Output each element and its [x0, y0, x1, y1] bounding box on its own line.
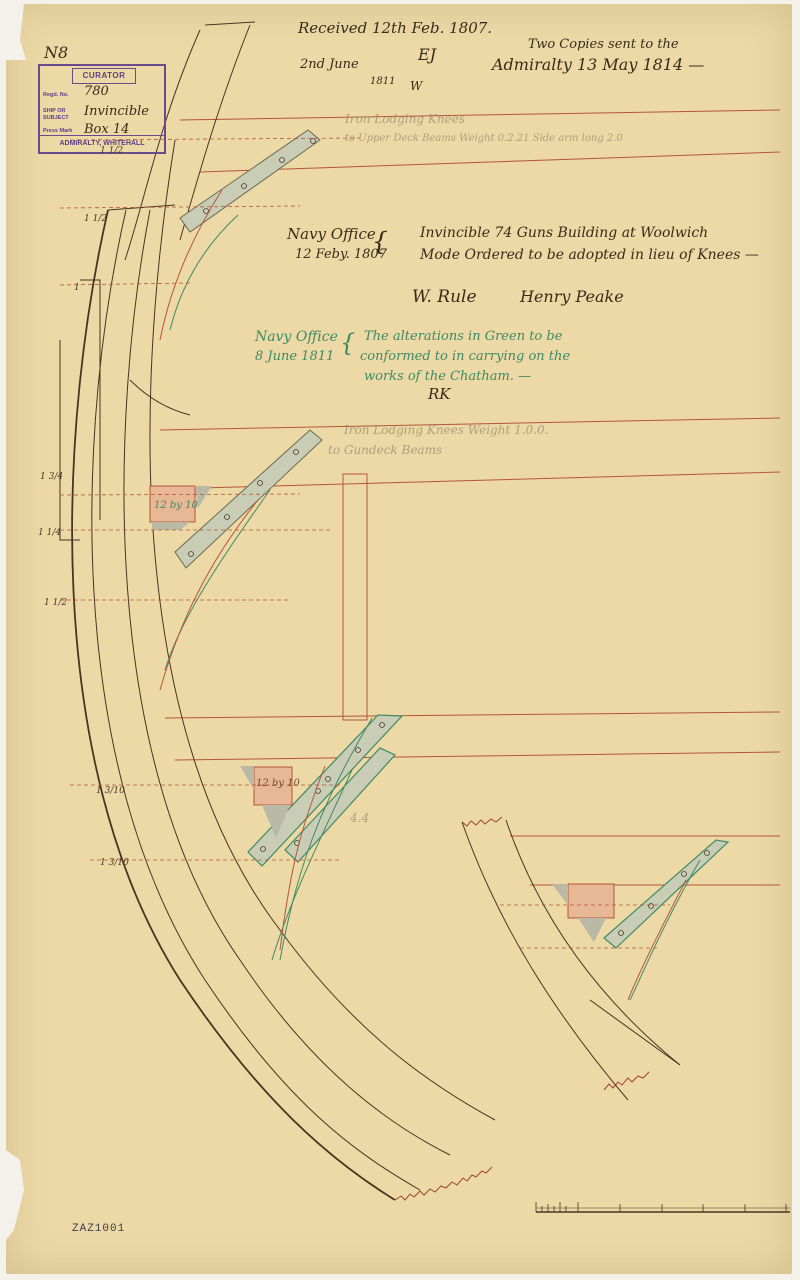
june-initials: W — [410, 80, 422, 93]
regd-no-label: Regd. No. — [43, 92, 69, 98]
copies-line-2: Admiralty 13 May 1814 — — [492, 56, 704, 74]
chock-label-lower: 12 by 10 — [256, 778, 300, 789]
scale-bar — [536, 1202, 790, 1212]
signature-peake: Henry Peake — [520, 288, 624, 306]
navy-office-2-left-2: 8 June 1811 — [255, 350, 334, 364]
margin-fraction: 1 — [74, 283, 80, 293]
brace-2: { — [340, 330, 355, 356]
press-mark-label: Press Mark — [43, 128, 72, 134]
margin-fraction: 1 1/2 — [44, 598, 67, 608]
ship-subject-value: Invincible — [84, 104, 149, 119]
margin-fraction: 1 1/4 — [38, 528, 61, 538]
hull-section-drawing — [0, 0, 800, 1280]
navy-office-1-left-1: Navy Office — [287, 226, 376, 243]
regd-no-value: 780 — [84, 84, 109, 99]
margin-fraction: 1 1/2 — [100, 146, 123, 156]
navy-office-2-right-2: conformed to in carrying on the — [360, 350, 570, 364]
margin-fraction: 1 1/2 — [84, 214, 107, 224]
navy-office-2-right-1: The alterations in Green to be — [364, 330, 562, 344]
faint-note-lower-body: to Gundeck Beams — [328, 444, 442, 457]
navy-office-1-right-1: Invincible 74 Guns Building at Woolwich — [420, 226, 708, 241]
margin-fraction: 1 3/10 — [100, 858, 129, 868]
faint-note-upper-body: to Upper Deck Beams Weight 0.2.21 Side a… — [345, 133, 623, 144]
brace-1: { — [372, 228, 388, 256]
red-outlines — [160, 190, 686, 1000]
curator-stamp: CURATOR Regd. No. 780 SHIP OR SUBJECT In… — [38, 64, 166, 154]
hull-frame — [60, 22, 495, 1200]
june-year: 1811 — [370, 76, 395, 87]
sheet-number: N8 — [44, 44, 68, 62]
stamp-title: CURATOR — [72, 68, 136, 84]
faint-note-upper-title: Iron Lodging Knees — [345, 113, 465, 126]
navy-office-2-left-1: Navy Office — [255, 330, 338, 345]
margin-fraction: 1 3/4 — [40, 472, 63, 482]
signature-rk: RK — [428, 386, 451, 403]
torn-corner — [6, 4, 26, 60]
received-note: Received 12th Feb. 1807. — [298, 20, 492, 37]
torn-edge-bottom — [6, 1150, 24, 1240]
received-initials: EJ — [418, 46, 436, 64]
navy-office-1-right-2: Mode Ordered to be adopted in lieu of Kn… — [420, 248, 759, 263]
faint-note-lower-title: Iron Lodging Knees Weight 1.0.0. — [344, 424, 548, 437]
detail-section — [462, 820, 680, 1100]
chock-label-upper: 12 by 10 — [154, 500, 198, 511]
signature-rule: W. Rule — [412, 288, 477, 307]
margin-fraction: 1 3/10 — [96, 786, 125, 796]
copies-line-1: Two Copies sent to the — [528, 38, 679, 52]
june-note: 2nd June — [300, 58, 359, 72]
ship-subject-label: SHIP OR SUBJECT — [43, 108, 77, 122]
archive-reference: ZAZ1001 — [72, 1223, 125, 1235]
torn-ends — [395, 817, 649, 1200]
navy-office-2-right-3: works of the Chatham. — — [364, 370, 531, 384]
pencil-note: 4.4 — [350, 812, 369, 825]
